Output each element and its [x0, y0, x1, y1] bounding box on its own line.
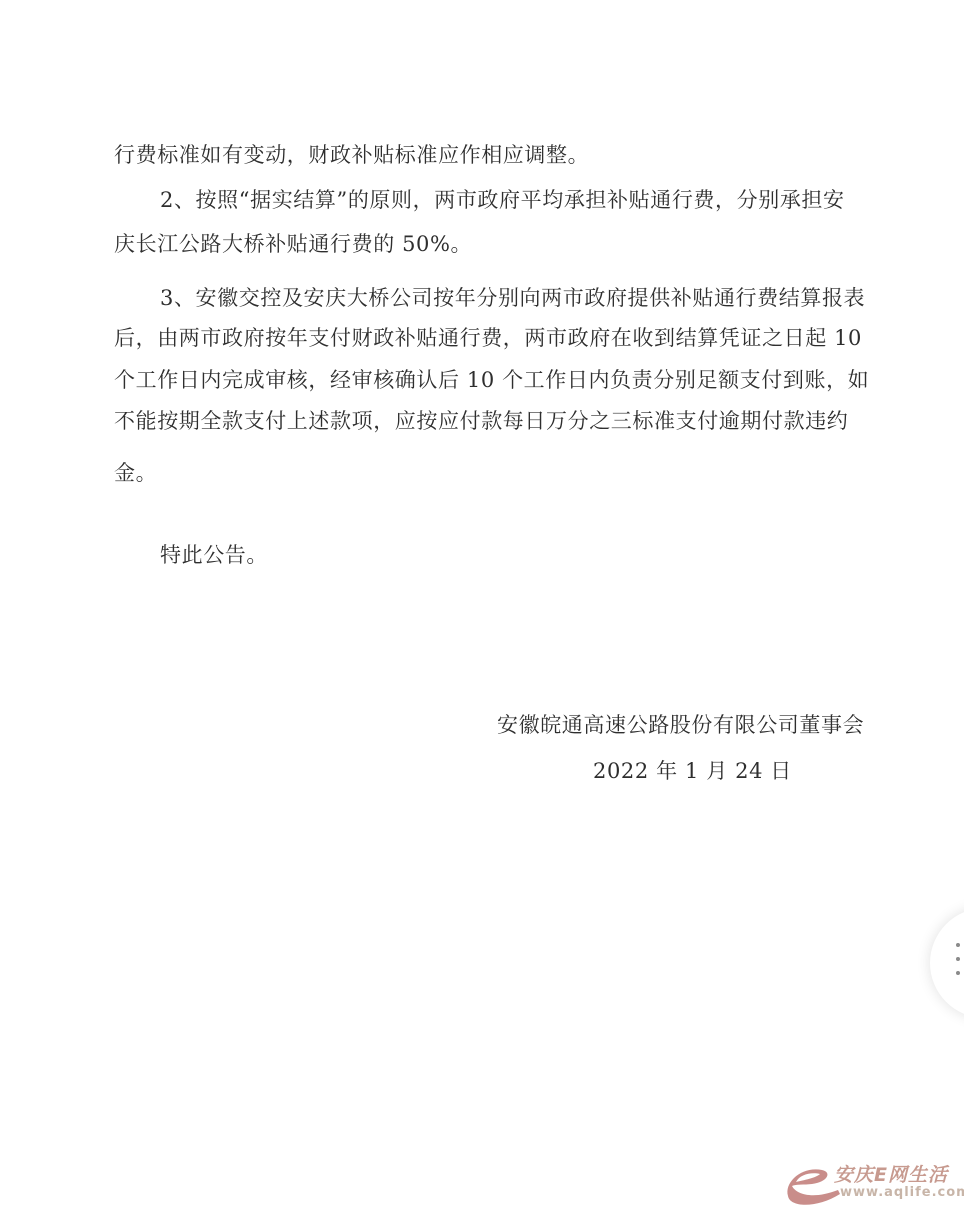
watermark-url: www.aqlife.com [840, 1185, 964, 1200]
watermark-logo: 安庆E网生活 www.aqlife.com [782, 1158, 964, 1211]
paragraph-line: 3、安徽交控及安庆大桥公司按年分别向两市政府提供补贴通行费结算报表 [160, 283, 865, 313]
watermark-title: 安庆E网生活 [834, 1160, 948, 1187]
paragraph-line: 2、按照“据实结算”的原则，两市政府平均承担补贴通行费，分别承担安 [160, 185, 845, 215]
paragraph-line: 庆长江公路大桥补贴通行费的 50%。 [114, 229, 472, 259]
more-vertical-icon [956, 943, 962, 985]
e-logo-icon [782, 1160, 842, 1208]
signature-organization: 安徽皖通高速公路股份有限公司董事会 [497, 710, 864, 740]
paragraph-line: 后，由两市政府按年支付财政补贴通行费，两市政府在收到结算凭证之日起 10 [114, 323, 862, 353]
paragraph-line: 行费标准如有变动，财政补贴标准应作相应调整。 [114, 140, 589, 170]
paragraph-line: 不能按期全款支付上述款项，应按应付款每日万分之三标准支付逾期付款违约 [114, 406, 848, 436]
closing-text: 特此公告。 [160, 540, 268, 570]
paragraph-line: 金。 [114, 458, 157, 488]
signature-date: 2022 年 1 月 24 日 [593, 756, 792, 786]
paragraph-line: 个工作日内完成审核，经审核确认后 10 个工作日内负责分别足额支付到账，如 [114, 365, 869, 395]
document-page: 行费标准如有变动，财政补贴标准应作相应调整。 2、按照“据实结算”的原则，两市政… [0, 0, 964, 1211]
